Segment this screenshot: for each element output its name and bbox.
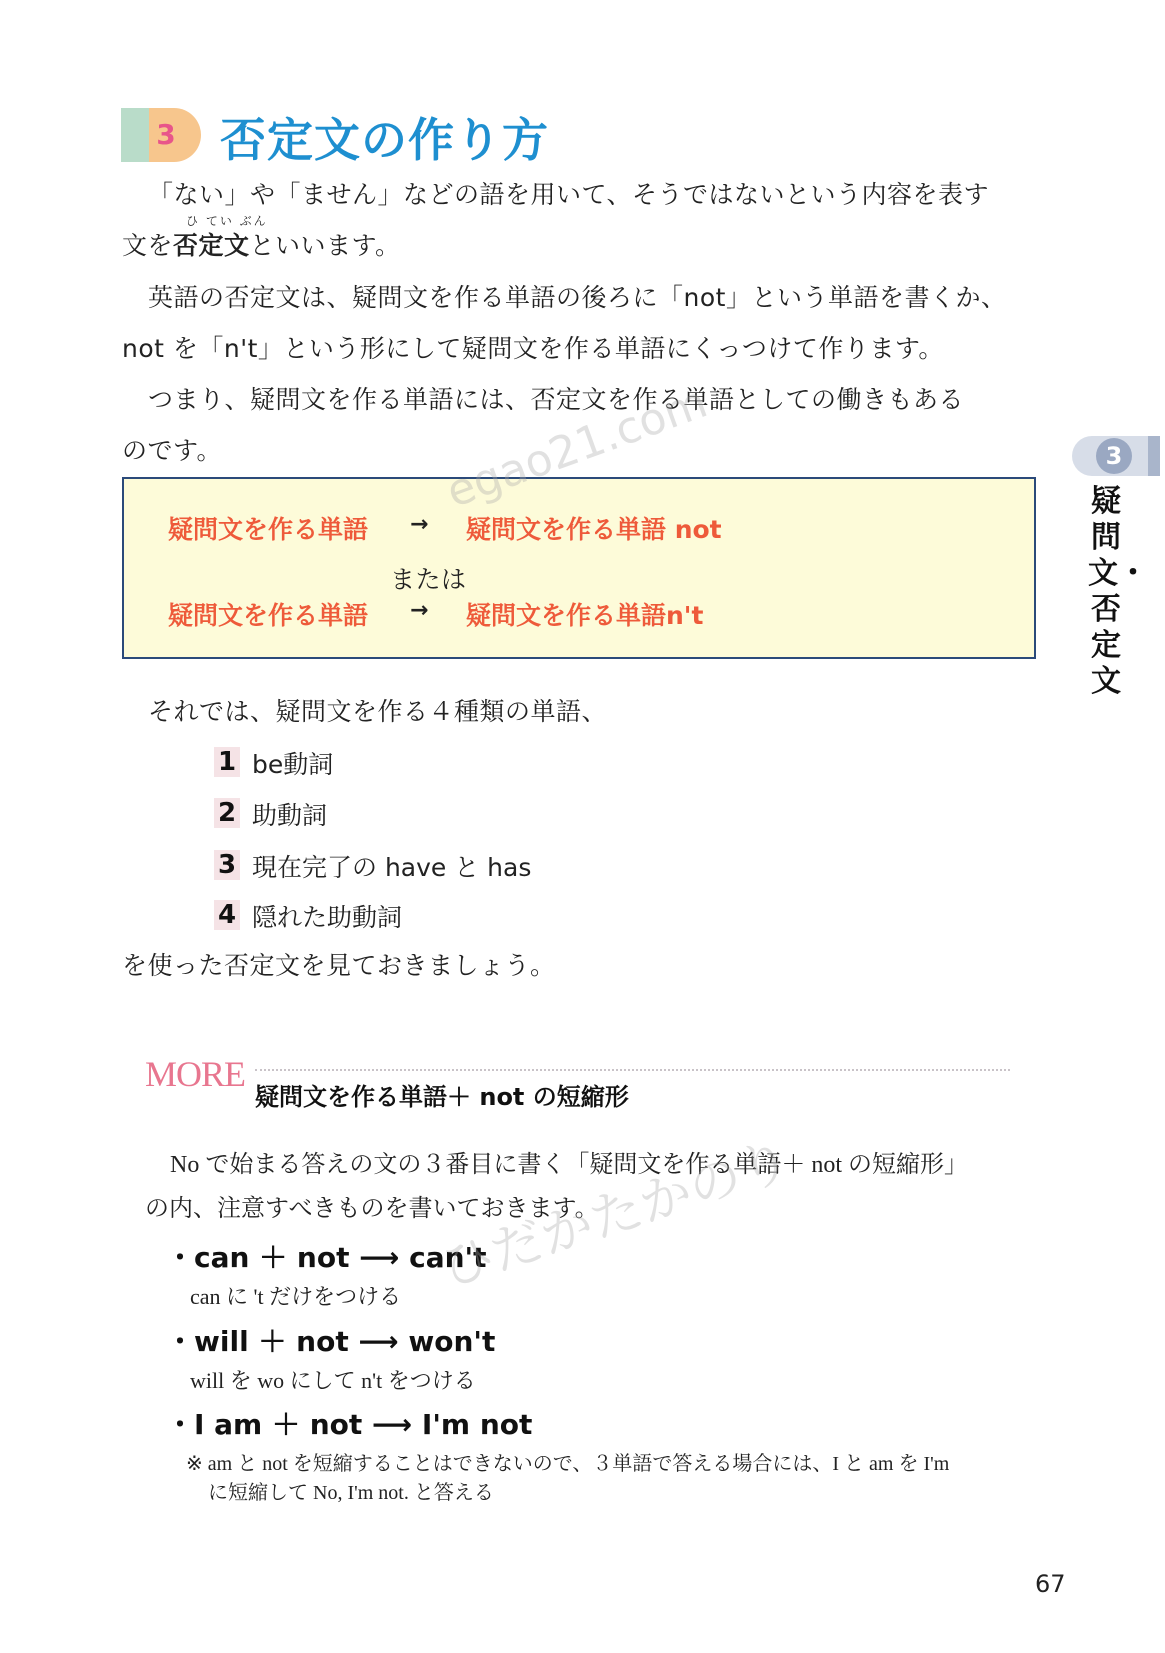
list-outro: を使った否定文を見ておきましょう。 [122,946,556,982]
more-divider [255,1069,1010,1071]
more-label: MORE [145,1053,245,1095]
rule-will-not: ・will ＋ not ⟶ won't [166,1320,495,1360]
chapter-tab-label: 疑問文・否定文 [1088,484,1124,700]
formula-row1-left: 疑問文を作る単語 [168,510,368,546]
list-item-have-has: 現在完了の have と has [252,848,531,884]
list-item-be-verb: be動詞 [252,745,333,781]
intro-line-2-prefix: 文を [122,231,173,260]
arrow-right-icon: → [410,598,428,623]
section-number-badge: 3 [121,108,201,162]
formula-row1-right: 疑問文を作る単語 not [466,510,722,546]
footnote-line-1: ※ am と not を短縮することはできないので、３単語で答える場合には、I … [186,1447,949,1476]
chapter-tab-strip [1148,436,1160,476]
more-subtitle: 疑問文を作る単語＋ not の短縮形 [255,1077,629,1112]
list-number-badge: 3 [214,850,240,880]
list-item-auxiliary: 助動詞 [252,796,327,832]
rule-can-not-note: can に 't だけをつける [190,1280,401,1311]
list-number-badge: 1 [214,747,240,777]
badge-green-strip [121,108,149,162]
list-item-hidden-auxiliary: 隠れた助動詞 [252,898,402,934]
arrow-right-icon: → [410,512,428,537]
section-title: 否定文の作り方 [220,104,549,170]
para2-line-2: not を「n't」という形にして疑問文を作る単語にくっつけて作ります。 [122,329,944,365]
section-number: 3 [151,108,181,162]
formula-or: または [390,560,467,596]
footnote-line-2: に短縮して No, I'm not. と答える [208,1476,494,1505]
page-number: 67 [1035,1570,1066,1598]
list-intro: それでは、疑問文を作る４種類の単語、 [148,692,607,728]
list-number-badge: 2 [214,798,240,828]
formula-row2-left: 疑問文を作る単語 [168,596,368,632]
chapter-number-circle: 3 [1096,438,1132,474]
formula-row2-right: 疑問文を作る単語n't [466,596,703,632]
chapter-tab-badge: 3 [1072,436,1160,476]
rule-i-am-not: ・I am ＋ not ⟶ I'm not [166,1403,532,1443]
intro-line-2-suffix: といいます。 [250,231,401,260]
rule-will-not-note: will を wo にして n't をつける [190,1364,476,1395]
para3-line-2: のです。 [122,431,222,467]
intro-line-2: 文を否定文といいます。 [122,226,401,262]
para3-line-1: つまり、疑問文を作る単語には、否定文を作る単語としての働きもある [148,380,964,416]
more-body-line-1: No で始まる答えの文の３番目に書く「疑問文を作る単語＋ not の短縮形」 [170,1144,968,1179]
term-hiteibun: 否定文 [173,231,250,260]
list-number-badge: 4 [214,900,240,930]
intro-line-1: 「ない」や「ません」などの語を用いて、そうではないという内容を表す [148,175,989,211]
para2-line-1: 英語の否定文は、疑問文を作る単語の後ろに「not」という単語を書くか、 [148,278,1006,314]
